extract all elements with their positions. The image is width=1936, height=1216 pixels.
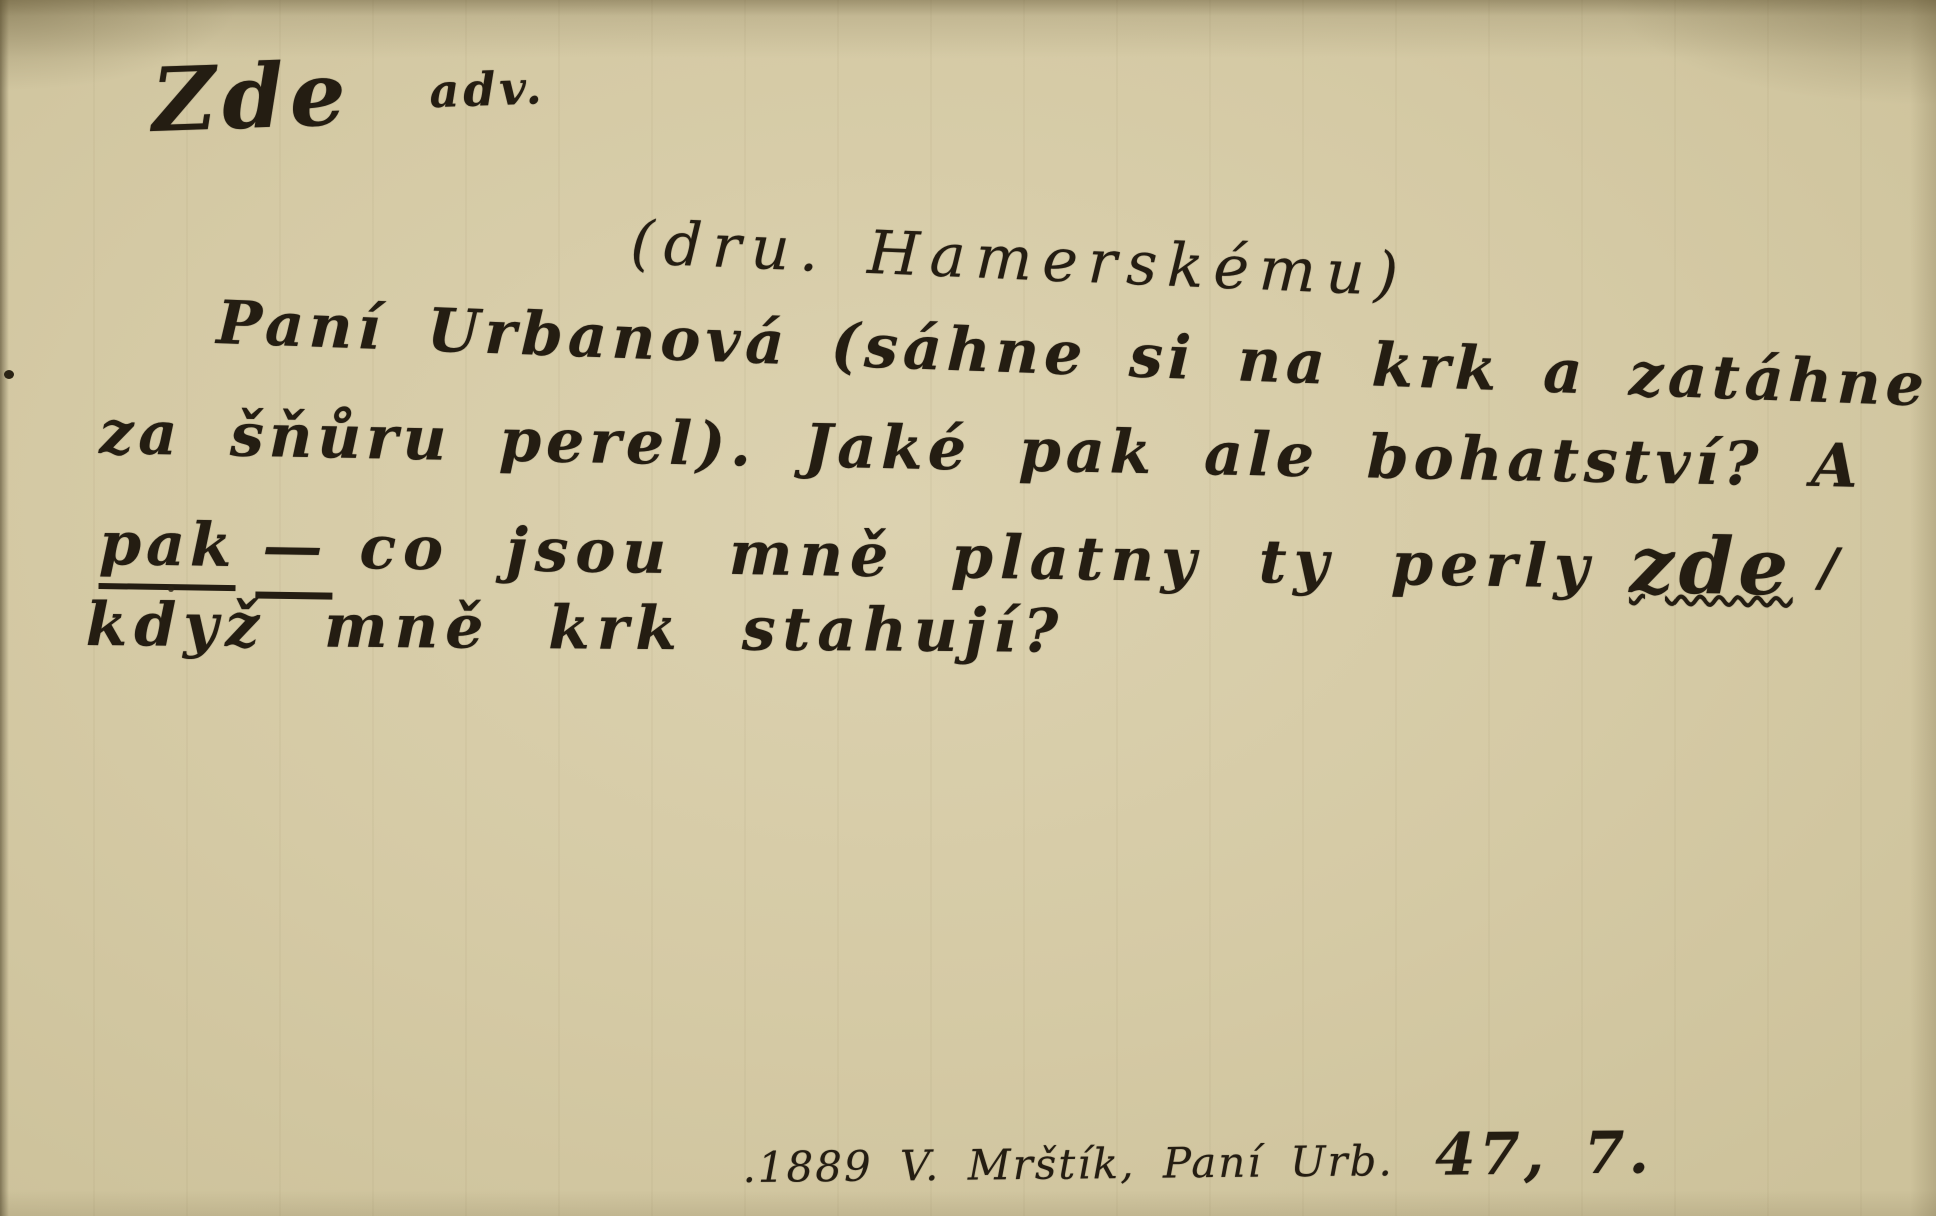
- citation-work: Paní Urb.: [1163, 1136, 1394, 1187]
- citation-year: 1889: [758, 1142, 873, 1192]
- ink-speck: [4, 370, 14, 379]
- note-card-paper: Zdeadv. (dru. Hamerskému) Paní Urbanová …: [0, 0, 1936, 1216]
- underlined-word-pak: pak: [98, 509, 237, 591]
- body-line-4: když mně krk stahují?: [86, 590, 1066, 667]
- dash-mark: —: [256, 511, 334, 599]
- citation-locus: 47, 7.: [1435, 1118, 1653, 1188]
- citation-line: .1889 V. Mrštík, Paní Urb. 47, 7.: [742, 1118, 1653, 1196]
- body-line-3-middle: co jsou mně platny ty perly: [359, 513, 1596, 602]
- body-line-2: za šňůru perel). Jaké pak ale bohatství?…: [99, 398, 1864, 502]
- corner-annotation: Zdeadv.: [150, 34, 547, 152]
- citation-prefix-dot: .: [742, 1143, 758, 1192]
- wavy-underlined-word-zde: zde: [1629, 520, 1794, 614]
- body-line-1: Paní Urbanová (sáhne si na krk a zatáhne: [215, 288, 1930, 421]
- corner-headword: Zde: [150, 41, 353, 152]
- stray-tick-mark: /: [1819, 537, 1844, 598]
- corner-grammar-abbr: adv.: [429, 60, 547, 118]
- citation-author: V. Mrštík,: [900, 1139, 1136, 1190]
- ink-speck: [168, 586, 174, 592]
- dedication-line: (dru. Hamerskému): [629, 208, 1409, 311]
